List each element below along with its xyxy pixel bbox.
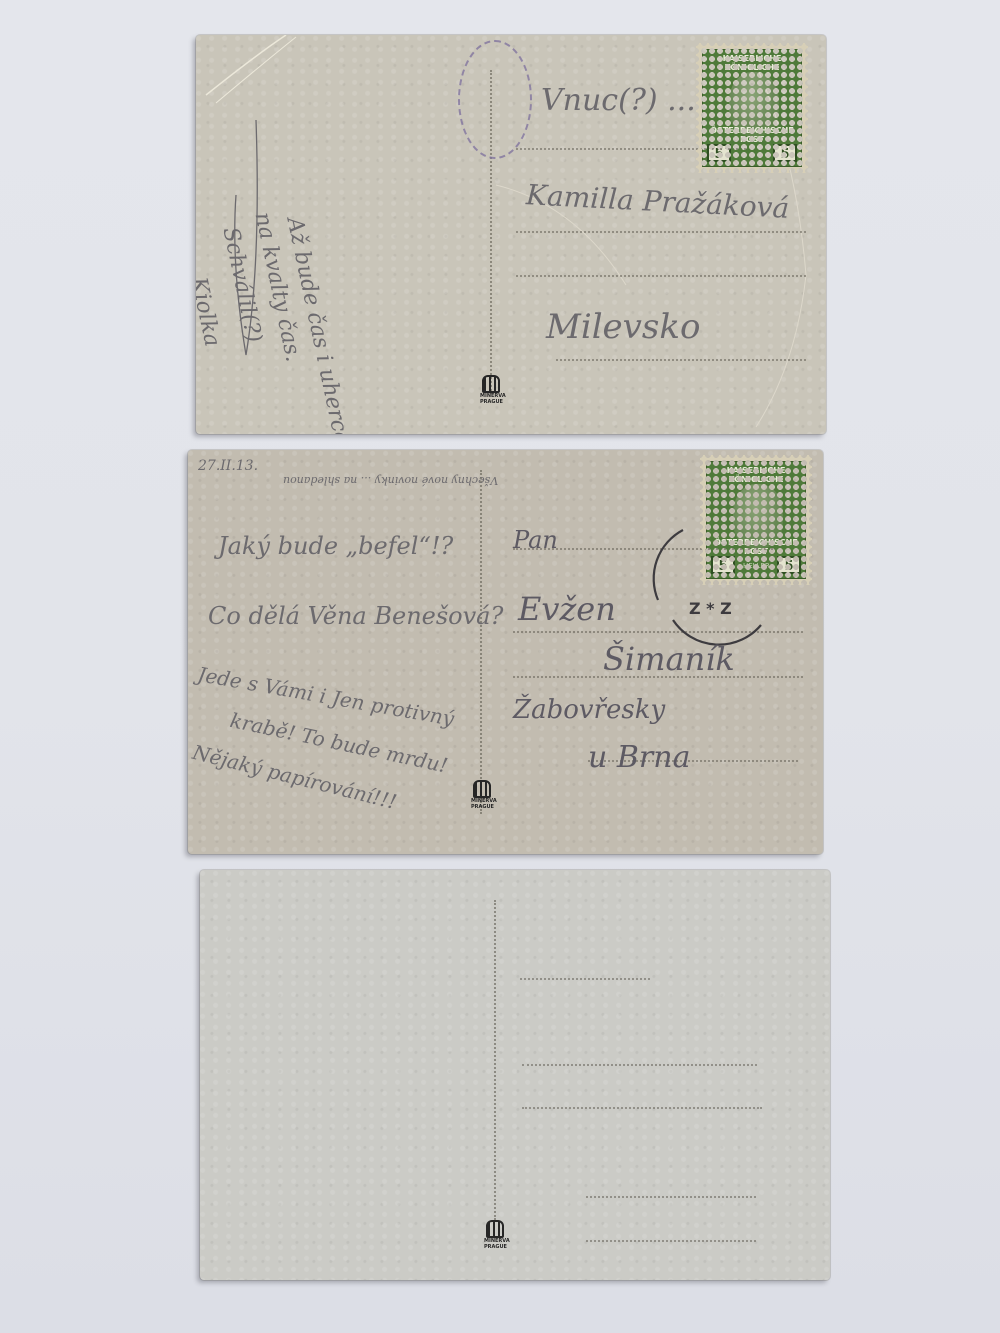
stamp-inscription-top: KAISERLICHE KÖNIGLICHE xyxy=(707,54,797,72)
address-street: Žabovřesky xyxy=(513,695,665,725)
postcard-2: KAISERLICHE KÖNIGLICHE ÖSTERREICHISCHE P… xyxy=(188,450,823,854)
address-line xyxy=(516,275,806,277)
message-date: 27.II.13. xyxy=(198,458,258,474)
address-salutation: Pan xyxy=(513,526,558,554)
address-town: Milevsko xyxy=(546,307,700,347)
postage-stamp: KAISERLICHE KÖNIGLICHE ÖSTERREICHISCHE P… xyxy=(696,43,808,173)
address-line-text: Vnuc(?) ... xyxy=(541,83,696,118)
center-divider xyxy=(480,470,482,814)
pencil-loop-stroke xyxy=(226,115,266,365)
postcard-3: MINERVA PRAGUE xyxy=(200,870,830,1280)
center-divider xyxy=(494,900,496,1220)
publisher-logo: MINERVA PRAGUE xyxy=(480,375,502,405)
address-line xyxy=(586,1240,756,1242)
address-city: u Brna xyxy=(588,740,690,775)
stamp-inscription-top: KAISERLICHE KÖNIGLICHE xyxy=(711,466,801,484)
message-line: Co dělá Věna Benešová? xyxy=(208,602,503,630)
message-line: Jaký bude „befel“!? xyxy=(218,532,453,560)
address-first-name: Evžen xyxy=(518,590,616,628)
minerva-logo-icon xyxy=(473,780,491,798)
address-line xyxy=(586,1196,756,1198)
address-line xyxy=(522,1107,762,1109)
address-line xyxy=(522,1064,757,1066)
postmark xyxy=(458,40,532,159)
address-line xyxy=(520,978,650,980)
stamp-value: 5 xyxy=(707,144,731,162)
publisher-logo: MINERVA PRAGUE xyxy=(471,780,493,810)
stamp-value: 5 xyxy=(773,144,797,162)
postcard-1: KAISERLICHE KÖNIGLICHE ÖSTERREICHISCHE P… xyxy=(196,35,826,434)
address-surname: Šimaník xyxy=(603,640,735,678)
publisher-logo: MINERVA PRAGUE xyxy=(484,1220,506,1250)
stamp-inscription-bottom: ÖSTERREICHISCHE POST xyxy=(707,126,797,144)
postmark: Z * Z xyxy=(643,510,783,650)
minerva-logo-icon xyxy=(486,1220,504,1238)
svg-text:Z * Z: Z * Z xyxy=(689,599,732,618)
minerva-logo-icon xyxy=(482,375,500,393)
address-line xyxy=(516,231,806,233)
upside-down-note: Všechny nové novinky ... na shledanou xyxy=(283,474,498,487)
address-line xyxy=(556,359,806,361)
